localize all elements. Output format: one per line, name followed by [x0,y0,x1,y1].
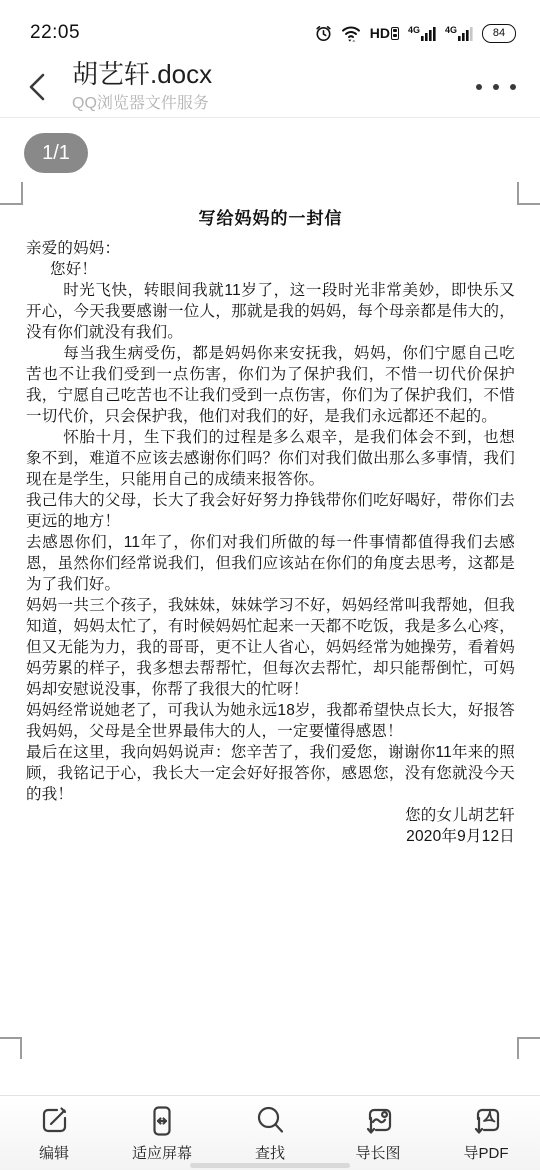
page-indicator-badge: 1/1 [24,133,88,173]
document-page-canvas[interactable]: 写给妈妈的一封信 亲爱的妈妈： 您好！ 时光飞快，转眼间我就11岁了，这一段时光… [0,196,540,1095]
title-block: 胡艺轩.docx QQ浏览器文件服务 [72,60,472,114]
dot-icon [510,84,516,90]
search-icon [253,1103,287,1139]
find-button[interactable]: 查找 [216,1096,324,1170]
fit-screen-label: 适应屏幕 [132,1142,192,1163]
bottom-toolbar: 编辑 适应屏幕 查找 [0,1095,540,1170]
hd-volte-icon: HD [370,25,399,41]
status-bar: 22:05 HD [0,0,540,56]
phone-screen: 22:05 HD [0,0,540,1170]
letter-paragraph: 最后在这里，我向妈妈说声：您辛苦了，我们爱您，谢谢你11年来的照顾，我铭记于心，… [26,742,515,805]
page-corner-top-left [0,182,23,205]
signal-sim2-icon: 4G [445,26,473,41]
export-pdf-icon [469,1103,503,1139]
dot-icon [476,84,482,90]
letter-paragraph: 每当我生病受伤，都是妈妈你来安抚我，妈妈，你们宁愿自己吃苦也不让我们受到一点伤害… [26,343,515,427]
back-button[interactable] [24,67,58,107]
battery-icon: 84 [482,24,516,43]
export-pdf-label: 导PDF [463,1142,508,1163]
page-corner-bottom-right [517,1037,540,1059]
gesture-handle[interactable] [190,1163,350,1168]
letter-paragraph: 时光飞快，转眼间我就11岁了，这一段时光非常美妙，即快乐又开心，今天我要感谢一位… [26,280,515,343]
letter-title: 写给妈妈的一封信 [26,204,515,229]
letter-paragraph: 您好！ [26,259,515,280]
export-long-image-button[interactable]: 导长图 [324,1096,432,1170]
clock-time: 22:05 [30,22,80,44]
edit-icon [37,1103,71,1139]
edit-label: 编辑 [39,1142,69,1163]
letter-paragraph: 妈妈经常说她老了，可我认为她永远18岁，我都希望快点长大，好报答我妈妈，父母是全… [26,700,515,742]
letter-paragraph: 去感恩你们，11年了，你们对我们所做的每一件事情都值得我们去感恩，虽然你们经常说… [26,532,515,595]
fit-screen-button[interactable]: 适应屏幕 [108,1096,216,1170]
letter-paragraph: 怀胎十月，生下我们的过程是多么艰辛，是我们体会不到，也想象不到，难道不应该去感谢… [26,427,515,490]
export-pdf-button[interactable]: 导PDF [432,1096,540,1170]
wifi-icon [341,25,361,42]
export-long-image-icon [361,1103,395,1139]
document-service-subtitle: QQ浏览器文件服务 [72,90,472,113]
dot-icon [493,84,499,90]
find-label: 查找 [255,1142,285,1163]
letter-paragraph: 妈妈一共三个孩子，我妹妹，妹妹学习不好，妈妈经常叫我帮她，但我知道，妈妈太忙了，… [26,595,515,700]
fit-screen-icon [145,1103,179,1139]
letter-date: 2020年9月12日 [26,826,515,847]
export-long-image-label: 导长图 [355,1142,400,1163]
more-options-button[interactable] [472,74,520,100]
status-icons: HD 4G 4G [315,24,516,43]
edit-button[interactable]: 编辑 [0,1096,108,1170]
letter-paragraph: 我己伟大的父母，长大了我会好好努力挣钱带你们吃好喝好，带你们去更远的地方！ [26,490,515,532]
document-filename: 胡艺轩.docx [72,60,472,90]
alarm-icon [315,25,332,42]
page-corner-top-right [517,182,540,205]
letter-paragraph: 亲爱的妈妈： [26,238,515,259]
page-corner-bottom-left [0,1037,22,1059]
letter-body: 亲爱的妈妈： 您好！ 时光飞快，转眼间我就11岁了，这一段时光非常美妙，即快乐又… [26,238,515,847]
document-header: 胡艺轩.docx QQ浏览器文件服务 [0,56,540,118]
letter-signature: 您的女儿胡艺轩 [26,805,515,826]
signal-sim1-icon: 4G [408,26,436,41]
